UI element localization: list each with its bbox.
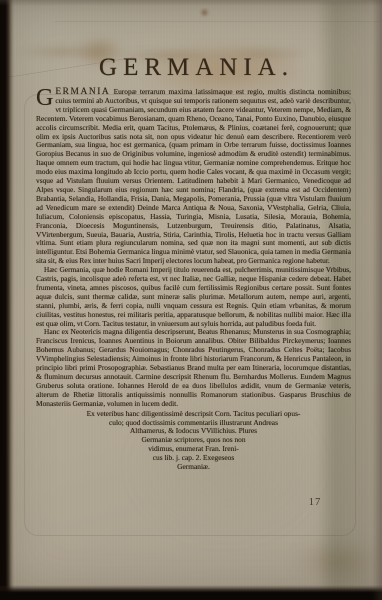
book-page-scan: GERMANIA. GERMANIA Europæ terrarum maxim… — [0, 0, 382, 600]
crease-line — [55, 21, 382, 22]
closing-colophon: Ex veteribus hanc diligentissimè descrip… — [36, 410, 351, 472]
dropcap-initial: G — [36, 88, 55, 107]
foxing-stain-corner — [292, 538, 382, 584]
paragraph-3: Hanc ex Neotericis magna diligentia desc… — [36, 328, 351, 408]
paper-page: GERMANIA. GERMANIA Europæ terrarum maxim… — [0, 0, 382, 600]
page-number: 17 — [298, 497, 332, 508]
paragraph-1-text: Europæ terrarum maxima latissimaque est … — [36, 87, 351, 265]
closing-line: Germaniæ. — [36, 463, 351, 472]
paragraph-2: Hæc Germania, quæ hodie Romani Imperij t… — [36, 266, 351, 328]
ink-spot — [200, 8, 209, 17]
paragraph-1: GERMANIA Europæ terrarum maxima latissim… — [36, 88, 351, 266]
text-block: GERMANIA. GERMANIA Europæ terrarum maxim… — [36, 54, 351, 472]
page-title: GERMANIA. — [36, 54, 351, 82]
